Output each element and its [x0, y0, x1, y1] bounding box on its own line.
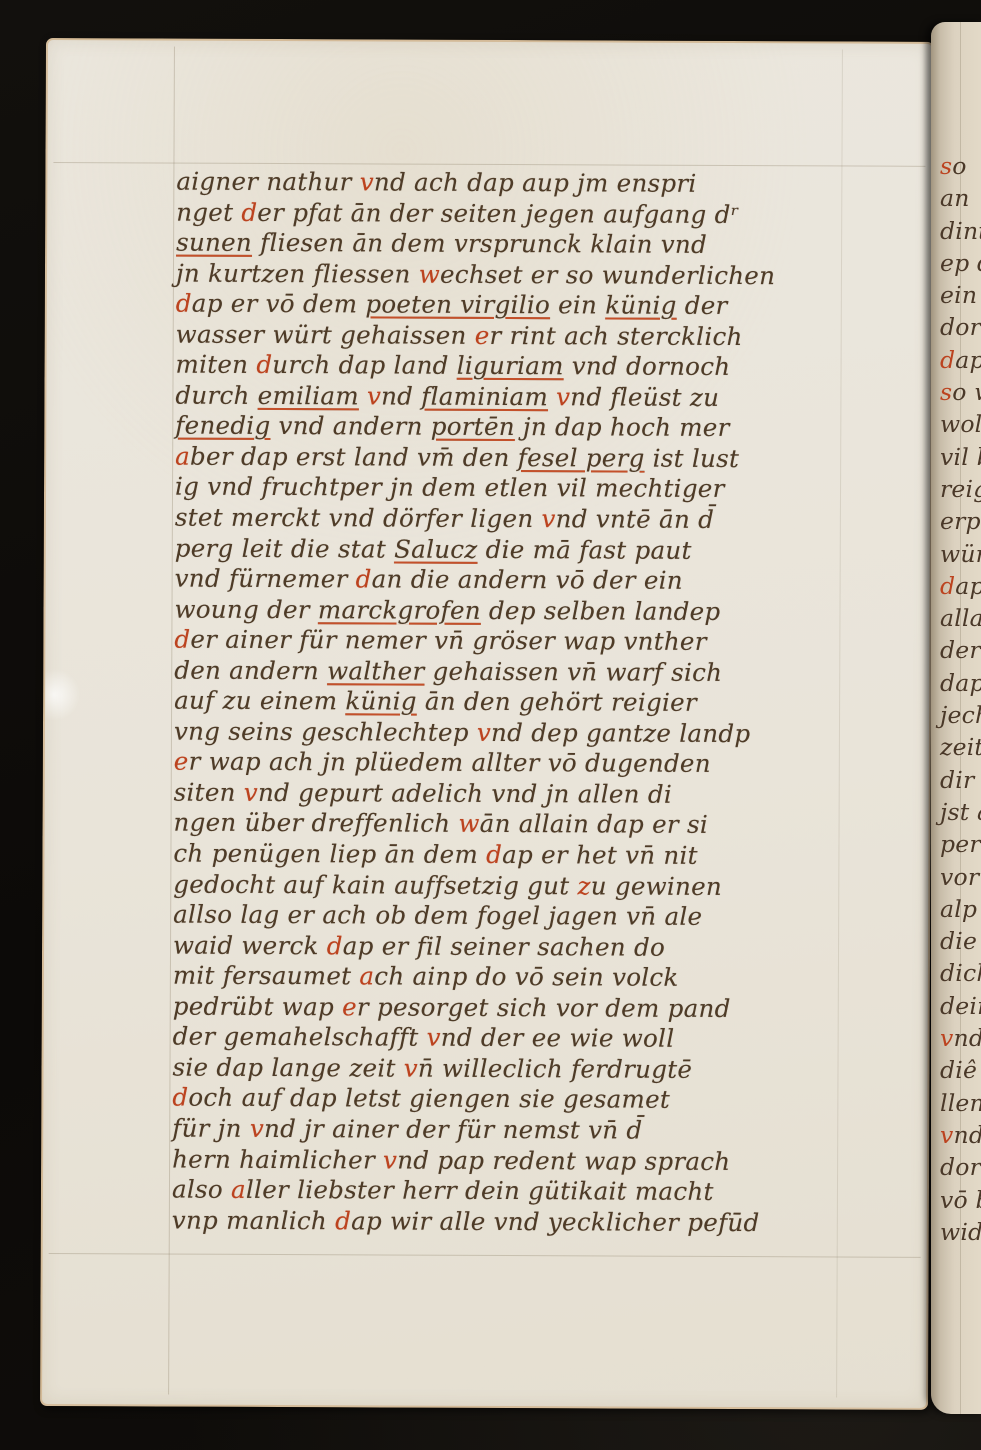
text-segment: pera	[940, 830, 981, 858]
text-segment: vnd fürnemer	[175, 564, 356, 594]
text-segment: nd	[953, 1121, 981, 1149]
text-segment: r rint ach stercklich	[490, 321, 743, 351]
text-line: reig	[940, 473, 981, 505]
text-segment: gedocht auf kain auffsetzig gut	[173, 869, 577, 900]
text-segment: er pfat ān der seiten jegen aufgang dʳ	[257, 197, 739, 228]
text-line: vnp manlich dap wir alle vnd yecklicher …	[172, 1205, 884, 1239]
text-segment: ān allain dap er si	[480, 809, 708, 839]
text-line: ep d	[940, 247, 981, 279]
text-line: wol	[940, 408, 981, 440]
text-line: woung der marckgrofen dep selben landep	[174, 594, 886, 628]
rubricated-letter: d	[172, 1083, 188, 1112]
text-line: fenedig vnd andern portēn jn dap hoch me…	[175, 411, 887, 445]
text-segment: llen	[940, 1089, 981, 1117]
text-line: ngen über dreffenlich wān allain dap er …	[174, 808, 886, 842]
rubricated-letter: d	[327, 931, 343, 960]
text-segment: für jn	[172, 1114, 250, 1143]
text-line: nget der pfat ān der seiten jegen aufgan…	[176, 197, 888, 231]
text-segment: er ainer für nemer vn̄ gröser wap vnther	[190, 625, 707, 656]
text-segment: wol	[940, 410, 981, 438]
text-segment: vō b	[940, 1186, 981, 1214]
text-segment: alp z	[940, 895, 981, 923]
text-line: aigner nathur vnd ach dap aup jm enspri	[176, 167, 888, 201]
text-line: der ainer für nemer vn̄ gröser wap vnthe…	[174, 625, 886, 659]
text-segment: durch	[175, 380, 257, 409]
text-segment: an	[940, 184, 970, 212]
rubricated-letter: d	[940, 572, 955, 600]
rubricated-letter: d	[176, 289, 192, 318]
text-segment: vnp manlich	[172, 1205, 335, 1235]
text-line: die f	[940, 925, 981, 957]
rubricated-underlined-word: sunen	[176, 228, 252, 257]
text-segment: dint	[940, 217, 981, 245]
text-line: gedocht auf kain auffsetzig gut zu gewin…	[173, 869, 885, 903]
text-segment: waid werck	[173, 930, 327, 960]
text-segment: der b	[940, 636, 981, 664]
text-segment: pedrübt wap	[173, 991, 342, 1021]
text-segment: vnd andern	[270, 411, 430, 441]
text-segment: wasser würt gehaissen	[176, 319, 475, 349]
text-segment: diê z	[940, 1056, 981, 1084]
text-segment: allai	[940, 604, 981, 632]
rubricated-letter: z	[577, 871, 590, 900]
rubricated-letter: v	[367, 381, 381, 410]
text-segment: ap	[955, 346, 981, 374]
text-segment: nd fleüst zu	[570, 382, 719, 412]
text-line: jechl	[940, 699, 981, 731]
text-line: wasser würt gehaissen er rint ach sterck…	[176, 319, 888, 353]
rubricated-letter: e	[475, 321, 490, 350]
text-segment: dep selben landep	[481, 596, 721, 626]
text-segment: o	[952, 152, 966, 180]
text-line: dein	[940, 990, 981, 1022]
text-line: der b	[940, 634, 981, 666]
text-segment: wide	[940, 1218, 981, 1246]
rubricated-letter: d	[241, 197, 257, 226]
rubricated-letter: d	[356, 564, 372, 593]
text-segment: erpit	[940, 507, 981, 535]
text-line: dap	[940, 570, 981, 602]
text-line: stet merckt vnd dörfer ligen vnd vntē ān…	[175, 503, 887, 537]
text-segment: aigner nathur	[176, 167, 360, 197]
text-segment: der gemahelschafft	[173, 1022, 427, 1052]
text-segment: ap wir alle vnd yecklicher pefūd	[351, 1206, 760, 1237]
rubricated-letter: a	[231, 1175, 246, 1204]
text-segment: allso lag er ach ob dem fogel jagen vn̄ …	[173, 900, 702, 931]
rubricated-letter: d	[940, 346, 955, 374]
text-segment: fliesen ān dem vrsprunck klain vnd	[252, 228, 707, 259]
text-line: wide	[940, 1216, 981, 1248]
text-line: siten vnd gepurt adelich vnd jn allen di	[174, 778, 886, 812]
text-line: aber dap erst land vm̄ den fesel perg is…	[175, 441, 887, 475]
text-segment: miten	[176, 350, 257, 379]
text-line: dint	[940, 215, 981, 247]
text-segment: jechl	[940, 701, 981, 729]
ruling-line-bottom-margin	[49, 1253, 921, 1258]
text-line: jn kurtzen fliessen wechset er so wunder…	[176, 258, 888, 292]
text-line: alp z	[940, 893, 981, 925]
text-segment: vil b	[940, 443, 981, 471]
text-segment: jst ac	[940, 798, 981, 826]
text-segment: nd	[953, 1024, 981, 1052]
rubricated-letter: w	[419, 259, 440, 288]
rubricated-letter: e	[174, 747, 189, 776]
text-segment: nd vntē ān d̄	[556, 504, 715, 534]
rubricated-letter: v	[250, 1114, 264, 1143]
text-segment: nd ach dap aup jm enspri	[374, 167, 697, 197]
rubricated-letter: a	[359, 962, 374, 991]
text-line: ig vnd fruchtper jn dem etlen vil mechti…	[175, 472, 887, 506]
text-segment: ist lust	[645, 444, 740, 473]
text-segment: dor	[940, 1153, 981, 1181]
text-line: dap er vō dem poeten virgilio ein künig …	[176, 289, 888, 323]
rubricated-letter: v	[940, 1121, 953, 1149]
text-segment: siten	[174, 778, 244, 807]
rubricated-letter: v	[404, 1053, 418, 1082]
text-line: zeit	[940, 731, 981, 763]
text-line: hern haimlicher vnd pap redent wap sprac…	[172, 1144, 884, 1178]
text-line: durch emiliam vnd flaminiam vnd fleüst z…	[175, 380, 887, 414]
text-segment: die f	[940, 927, 981, 955]
text-segment: jn dap hoch mer	[515, 412, 730, 442]
text-line: für jn vnd jr ainer der für nemst vn̄ d̄	[172, 1114, 884, 1148]
text-segment: ap er het vn̄ nit	[502, 840, 698, 870]
text-line: vor p	[940, 861, 981, 893]
rubricated-letter: v	[940, 1024, 953, 1052]
text-segment: o w	[952, 378, 981, 406]
text-segment: also	[172, 1175, 231, 1204]
text-line: ein	[940, 279, 981, 311]
text-segment: n̄ willeclich ferdrugtē	[418, 1053, 692, 1083]
text-line: vil b	[940, 441, 981, 473]
text-line: er wap ach jn plüedem allter vō dugenden	[174, 747, 886, 781]
text-segment: nd gepurt adelich vnd jn allen di	[258, 778, 672, 809]
text-line: vō b	[940, 1184, 981, 1216]
text-line: dich	[940, 957, 981, 989]
rubricated-underlined-word: flaminiam	[421, 381, 548, 411]
text-line: jst ac	[940, 796, 981, 828]
rubricated-letter: v	[360, 167, 374, 196]
text-segment: urch dap land	[272, 350, 457, 380]
text-segment: vng seins geschlechtep	[174, 716, 477, 746]
text-segment: perg leit die stat	[175, 533, 394, 563]
rubricated-letter: s	[940, 378, 952, 406]
text-segment: ān den gehört reigier	[417, 687, 697, 717]
rubricated-underlined-word: Salucz	[394, 534, 478, 563]
text-line: so w	[940, 376, 981, 408]
text-line: allai	[940, 602, 981, 634]
text-line: auf zu einem künig ān den gehört reigier	[174, 686, 886, 720]
rubricated-letter: s	[940, 152, 952, 180]
text-line: also aller liebster herr dein gütikait m…	[172, 1175, 884, 1209]
text-line: dor	[940, 1151, 981, 1183]
text-segment: dori	[940, 313, 981, 341]
rubricated-letter: v	[541, 504, 555, 533]
text-line: sie dap lange zeit vn̄ willeclich ferdru…	[172, 1052, 884, 1086]
text-segment: gehaissen vn̄ warf sich	[424, 656, 722, 686]
text-line: mit fersaumet ach ainp do vō sein volck	[173, 961, 885, 995]
rubricated-letter: d	[335, 1206, 351, 1235]
text-line: der gemahelschafft vnd der ee wie woll	[173, 1022, 885, 1056]
rubricated-letter: a	[175, 441, 190, 470]
text-segment: ein	[940, 281, 977, 309]
text-line: doch auf dap letst giengen sie gesamet	[172, 1083, 884, 1117]
text-segment	[548, 382, 556, 411]
text-segment: ch ainp do vō sein volck	[374, 962, 678, 992]
text-segment: nd	[381, 381, 421, 410]
text-line: dir d	[940, 764, 981, 796]
text-line: waid werck dap er fil seiner sachen do	[173, 930, 885, 964]
text-segment: nget	[176, 197, 241, 226]
text-line: an	[940, 182, 981, 214]
text-segment: die mā fast paut	[477, 534, 691, 564]
rubricated-letter: v	[477, 718, 491, 747]
manuscript-page: aigner nathur vnd ach dap aup jm ensprin…	[40, 38, 934, 1410]
text-segment: r wap ach jn plüedem allter vō dugenden	[189, 747, 711, 778]
rubricated-letter: v	[383, 1145, 397, 1174]
text-line: vnd	[940, 1022, 981, 1054]
text-segment: hern haimlicher	[172, 1144, 383, 1174]
text-segment: ap	[955, 572, 981, 600]
text-segment: ap er vō dem	[192, 289, 366, 319]
text-segment: nd dep gantze landp	[491, 718, 750, 748]
rubricated-letter: d	[174, 625, 190, 654]
rubricated-underlined-word: künig	[345, 687, 417, 716]
text-segment: dir d	[940, 766, 981, 794]
text-segment: an die andern vō der ein	[372, 565, 683, 595]
text-line: vnd fürnemer dan die andern vō der ein	[175, 564, 887, 598]
rubricated-letter: v	[427, 1023, 441, 1052]
text-segment: mit fersaumet	[173, 961, 360, 991]
text-segment: zeit	[940, 733, 981, 761]
rubricated-underlined-word: fesel perg	[518, 443, 645, 473]
rubricated-letter: w	[458, 809, 479, 838]
text-segment: och auf dap letst giengen sie gesamet	[188, 1083, 670, 1114]
text-segment: jn kurtzen fliessen	[176, 258, 419, 288]
text-line: vng seins geschlechtep vnd dep gantze la…	[174, 716, 886, 750]
text-line: perg leit die stat Salucz die mā fast pa…	[175, 533, 887, 567]
text-segment: echset er so wunderlichen	[440, 259, 775, 289]
text-segment: vor p	[940, 863, 981, 891]
rubricated-letter: d	[256, 350, 272, 379]
rubricated-letter: e	[342, 992, 357, 1021]
manuscript-text: aigner nathur vnd ach dap aup jm ensprin…	[172, 167, 889, 1239]
rubricated-letter: v	[556, 382, 570, 411]
text-segment: ap er fil seiner sachen do	[343, 931, 665, 961]
rubricated-underlined-word: liguriam	[457, 351, 564, 380]
text-segment: ein	[550, 290, 605, 319]
text-line: den andern walther gehaissen vn̄ warf si…	[174, 655, 886, 689]
text-segment: dap	[940, 669, 981, 697]
text-line: dap	[940, 667, 981, 699]
text-segment: nd pap redent wap sprach	[397, 1145, 730, 1175]
rubricated-underlined-word: künig	[605, 291, 677, 320]
text-segment: stet merckt vnd dörfer ligen	[175, 503, 542, 534]
rubricated-letter: d	[486, 840, 502, 869]
text-line: dori	[940, 311, 981, 343]
text-segment: dich	[940, 959, 981, 987]
text-segment: ch penügen liep ān dem	[173, 839, 486, 869]
text-segment: vnd dornoch	[564, 352, 731, 382]
text-segment: woung der	[174, 594, 318, 624]
text-segment: ller liebster herr dein gütikait macht	[246, 1175, 714, 1206]
rubricated-underlined-word: fenedig	[175, 411, 270, 440]
text-segment: r pesorget sich vor dem pand	[357, 992, 731, 1023]
text-segment: der	[677, 291, 728, 320]
text-segment: ber dap erst land vm̄ den	[190, 442, 518, 472]
text-line: sunen fliesen ān dem vrsprunck klain vnd	[176, 228, 888, 262]
text-line: pedrübt wap er pesorget sich vor dem pan…	[173, 991, 885, 1025]
text-segment: ngen über dreffenlich	[174, 808, 459, 838]
text-line: miten durch dap land liguriam vnd dornoc…	[176, 350, 888, 384]
text-segment: reig	[940, 475, 981, 503]
rubricated-underlined-word: walther	[327, 656, 424, 685]
text-line: dap	[940, 344, 981, 376]
text-segment: u gewinen	[591, 871, 722, 901]
text-line: wür	[940, 538, 981, 570]
next-page-sliver: soandintep deindoridapso wwolvil breiger…	[931, 22, 981, 1414]
text-segment	[359, 381, 367, 410]
text-line: llen	[940, 1087, 981, 1119]
text-line: so	[940, 150, 981, 182]
text-segment: dein	[940, 992, 981, 1020]
rubricated-underlined-word: portēn	[431, 412, 515, 441]
next-page-text: soandintep deindoridapso wwolvil breiger…	[940, 150, 981, 1248]
text-segment: nd der ee wie woll	[441, 1023, 675, 1053]
text-segment: ig vnd fruchtper jn dem etlen vil mechti…	[175, 472, 725, 503]
text-line: pera	[940, 828, 981, 860]
text-line: diê z	[940, 1054, 981, 1086]
text-segment: auf zu einem	[174, 686, 345, 716]
rubricated-underlined-word: marckgrofen	[318, 595, 481, 625]
rubricated-underlined-word: poeten virgilio	[365, 290, 550, 320]
rubricated-letter: v	[244, 778, 258, 807]
text-segment: wür	[940, 540, 981, 568]
text-line: ch penügen liep ān dem dap er het vn̄ ni…	[173, 839, 885, 873]
text-segment: ep d	[940, 249, 981, 277]
text-segment: den andern	[174, 655, 327, 685]
rubricated-underlined-word: emiliam	[258, 381, 359, 410]
text-segment: sie dap lange zeit	[172, 1052, 403, 1082]
text-line: erpit	[940, 505, 981, 537]
text-segment: nd jr ainer der für nemst vn̄ d̄	[264, 1114, 643, 1145]
text-line: vnd	[940, 1119, 981, 1151]
text-line: allso lag er ach ob dem fogel jagen vn̄ …	[173, 900, 885, 934]
